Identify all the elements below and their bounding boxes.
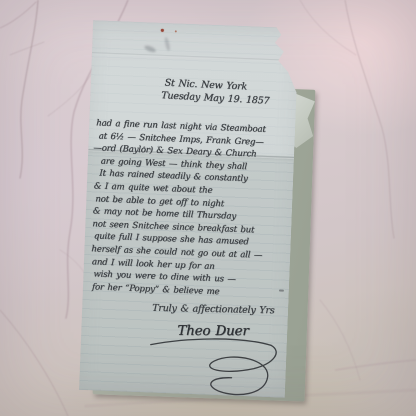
red-stain-small — [175, 30, 177, 32]
letter-page: St Nic. New York Tuesday May 19. 1857 ha… — [79, 20, 299, 398]
fold-crease-top — [92, 52, 298, 62]
smudge-stain — [144, 44, 157, 53]
letter-closing: Truly & affectionately Yrs — [152, 303, 274, 317]
letter-body: had a fine run last night via Steamboat … — [90, 117, 293, 301]
red-stain — [161, 29, 164, 32]
signature-flourish — [141, 332, 288, 400]
smudge-stain-vertical — [164, 37, 171, 52]
photo-of-antique-letter: St Nic. New York Tuesday May 19. 1857 ha… — [0, 0, 416, 416]
